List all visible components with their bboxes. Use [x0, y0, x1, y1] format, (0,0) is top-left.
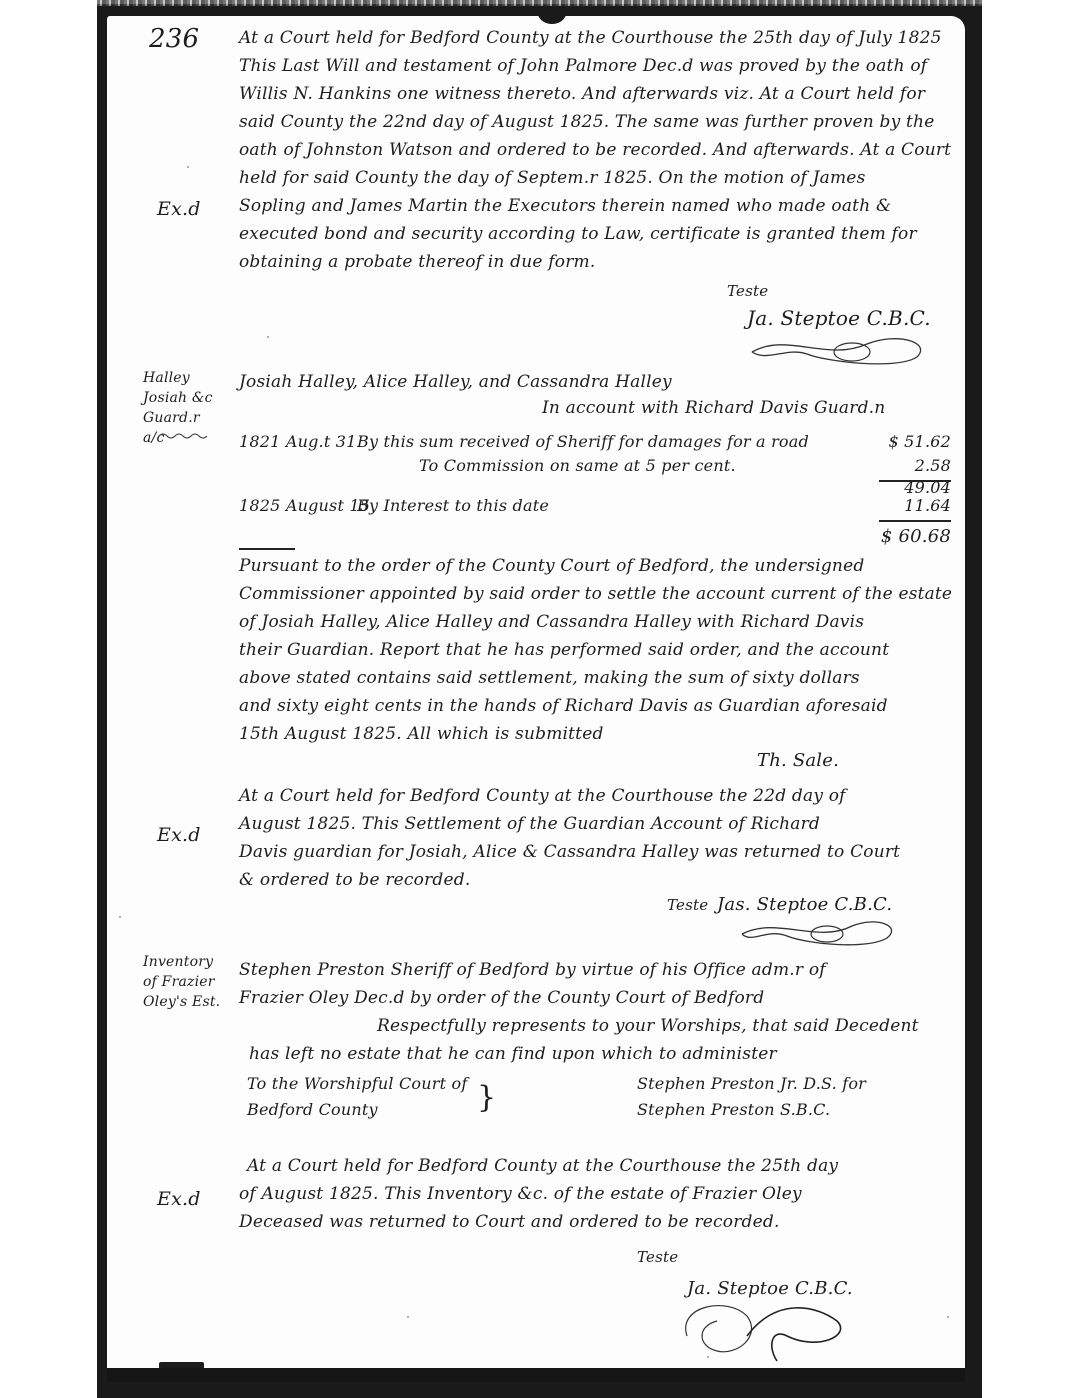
- signature-flourish-icon: [737, 916, 907, 952]
- text-line: At a Court held for Bedford County at th…: [239, 786, 846, 806]
- text-line: Frazier Oley Dec.d by order of the Count…: [239, 988, 764, 1008]
- ledger-amount: 49.04: [871, 478, 951, 497]
- scan-speck: [947, 1316, 949, 1318]
- text-line: of August 1825. This Inventory &c. of th…: [239, 1184, 802, 1204]
- scan-speck: [707, 1356, 709, 1358]
- ledger-date: 1825 August 15: [239, 496, 370, 515]
- text-line: Commissioner appointed by said order to …: [239, 584, 952, 604]
- text-line: held for said County the day of Septem.r…: [239, 168, 866, 188]
- text-line: Sopling and James Martin the Executors t…: [239, 196, 891, 216]
- text-line: August 1825. This Settlement of the Guar…: [239, 814, 820, 834]
- text-line: Respectfully represents to your Worships…: [377, 1016, 919, 1036]
- text-line: At a Court held for Bedford County at th…: [239, 28, 942, 48]
- ledger-amount: 11.64: [871, 496, 951, 515]
- text-line: Deceased was returned to Court and order…: [239, 1212, 780, 1232]
- scan-speck: [267, 336, 269, 338]
- brace-icon: }: [477, 1080, 496, 1115]
- ledger-description: By Interest to this date: [357, 496, 549, 515]
- ledger-total: $ 60.68: [239, 526, 951, 550]
- signature-flourish-icon: [667, 1296, 867, 1366]
- scan-edge: [107, 1368, 965, 1382]
- address-line: Bedford County: [247, 1100, 378, 1119]
- scan-speck: [187, 166, 189, 168]
- ledger-amount: 2.58: [871, 456, 951, 475]
- margin-note: Ex.d: [157, 824, 201, 846]
- text-line: of Josiah Halley, Alice Halley and Cassa…: [239, 612, 864, 632]
- signature: Stephen Preston Jr. D.S. for: [637, 1074, 866, 1093]
- scan-speck: [407, 1316, 409, 1318]
- text-line: above stated contains said settlement, m…: [239, 668, 860, 688]
- text-line: has left no estate that he can find upon…: [249, 1044, 777, 1064]
- text-line: obtaining a probate thereof in due form.: [239, 252, 595, 272]
- signature: Th. Sale.: [757, 750, 839, 771]
- teste-label: Teste: [637, 1248, 678, 1266]
- text-line: and sixty eight cents in the hands of Ri…: [239, 696, 888, 716]
- signature-flourish-icon: [747, 332, 937, 372]
- teste-label: Teste: [667, 896, 708, 914]
- scan-frame: 236 At a Court held for Bedford County a…: [97, 4, 982, 1398]
- scan-artifact: [537, 16, 567, 24]
- section-rule: [239, 548, 295, 550]
- text-line: Davis guardian for Josiah, Alice & Cassa…: [239, 842, 900, 862]
- ledger-row: 1821 Aug.t 31 By this sum received of Sh…: [239, 432, 951, 456]
- account-heading: Josiah Halley, Alice Halley, and Cassand…: [239, 372, 672, 392]
- text-line: This Last Will and testament of John Pal…: [239, 56, 927, 76]
- ledger-rule: [879, 520, 951, 522]
- margin-note: Inventory of Frazier Oley's Est.: [143, 952, 223, 1012]
- text-line: 15th August 1825. All which is submitted: [239, 724, 604, 744]
- ledger-date: 1821 Aug.t 31: [239, 432, 357, 451]
- margin-note: Ex.d: [157, 1188, 201, 1210]
- text-line: At a Court held for Bedford County at th…: [247, 1156, 838, 1176]
- ledger-description: To Commission on same at 5 per cent.: [419, 456, 736, 475]
- text-line: said County the 22nd day of August 1825.…: [239, 112, 934, 132]
- signature: Ja. Steptoe C.B.C.: [747, 306, 931, 330]
- scan-edge: [97, 0, 982, 6]
- text-line: Willis N. Hankins one witness thereto. A…: [239, 84, 925, 104]
- text-line: Stephen Preston Sheriff of Bedford by vi…: [239, 960, 826, 980]
- address-line: To the Worshipful Court of: [247, 1074, 467, 1093]
- account-subheading: In account with Richard Davis Guard.n: [542, 398, 885, 418]
- squiggle-icon: [157, 432, 217, 440]
- margin-note: Ex.d: [157, 198, 201, 220]
- ledger-row: To Commission on same at 5 per cent. 2.5…: [239, 456, 951, 480]
- ledger-row: 1825 August 15 By Interest to this date …: [239, 496, 951, 520]
- signature: Jas. Steptoe C.B.C.: [717, 894, 892, 915]
- text-line: their Guardian. Report that he has perfo…: [239, 640, 889, 660]
- teste-label: Teste: [727, 282, 768, 300]
- text-line: oath of Johnston Watson and ordered to b…: [239, 140, 951, 160]
- page-number: 236: [149, 24, 199, 54]
- text-line: & ordered to be recorded.: [239, 870, 470, 890]
- text-line: Pursuant to the order of the County Cour…: [239, 556, 864, 576]
- document-page: 236 At a Court held for Bedford County a…: [107, 16, 965, 1382]
- signature: Stephen Preston S.B.C.: [637, 1100, 830, 1119]
- ledger-amount: $ 51.62: [871, 432, 951, 451]
- ledger-description: By this sum received of Sheriff for dama…: [357, 432, 809, 451]
- scan-speck: [119, 916, 121, 918]
- text-line: executed bond and security according to …: [239, 224, 917, 244]
